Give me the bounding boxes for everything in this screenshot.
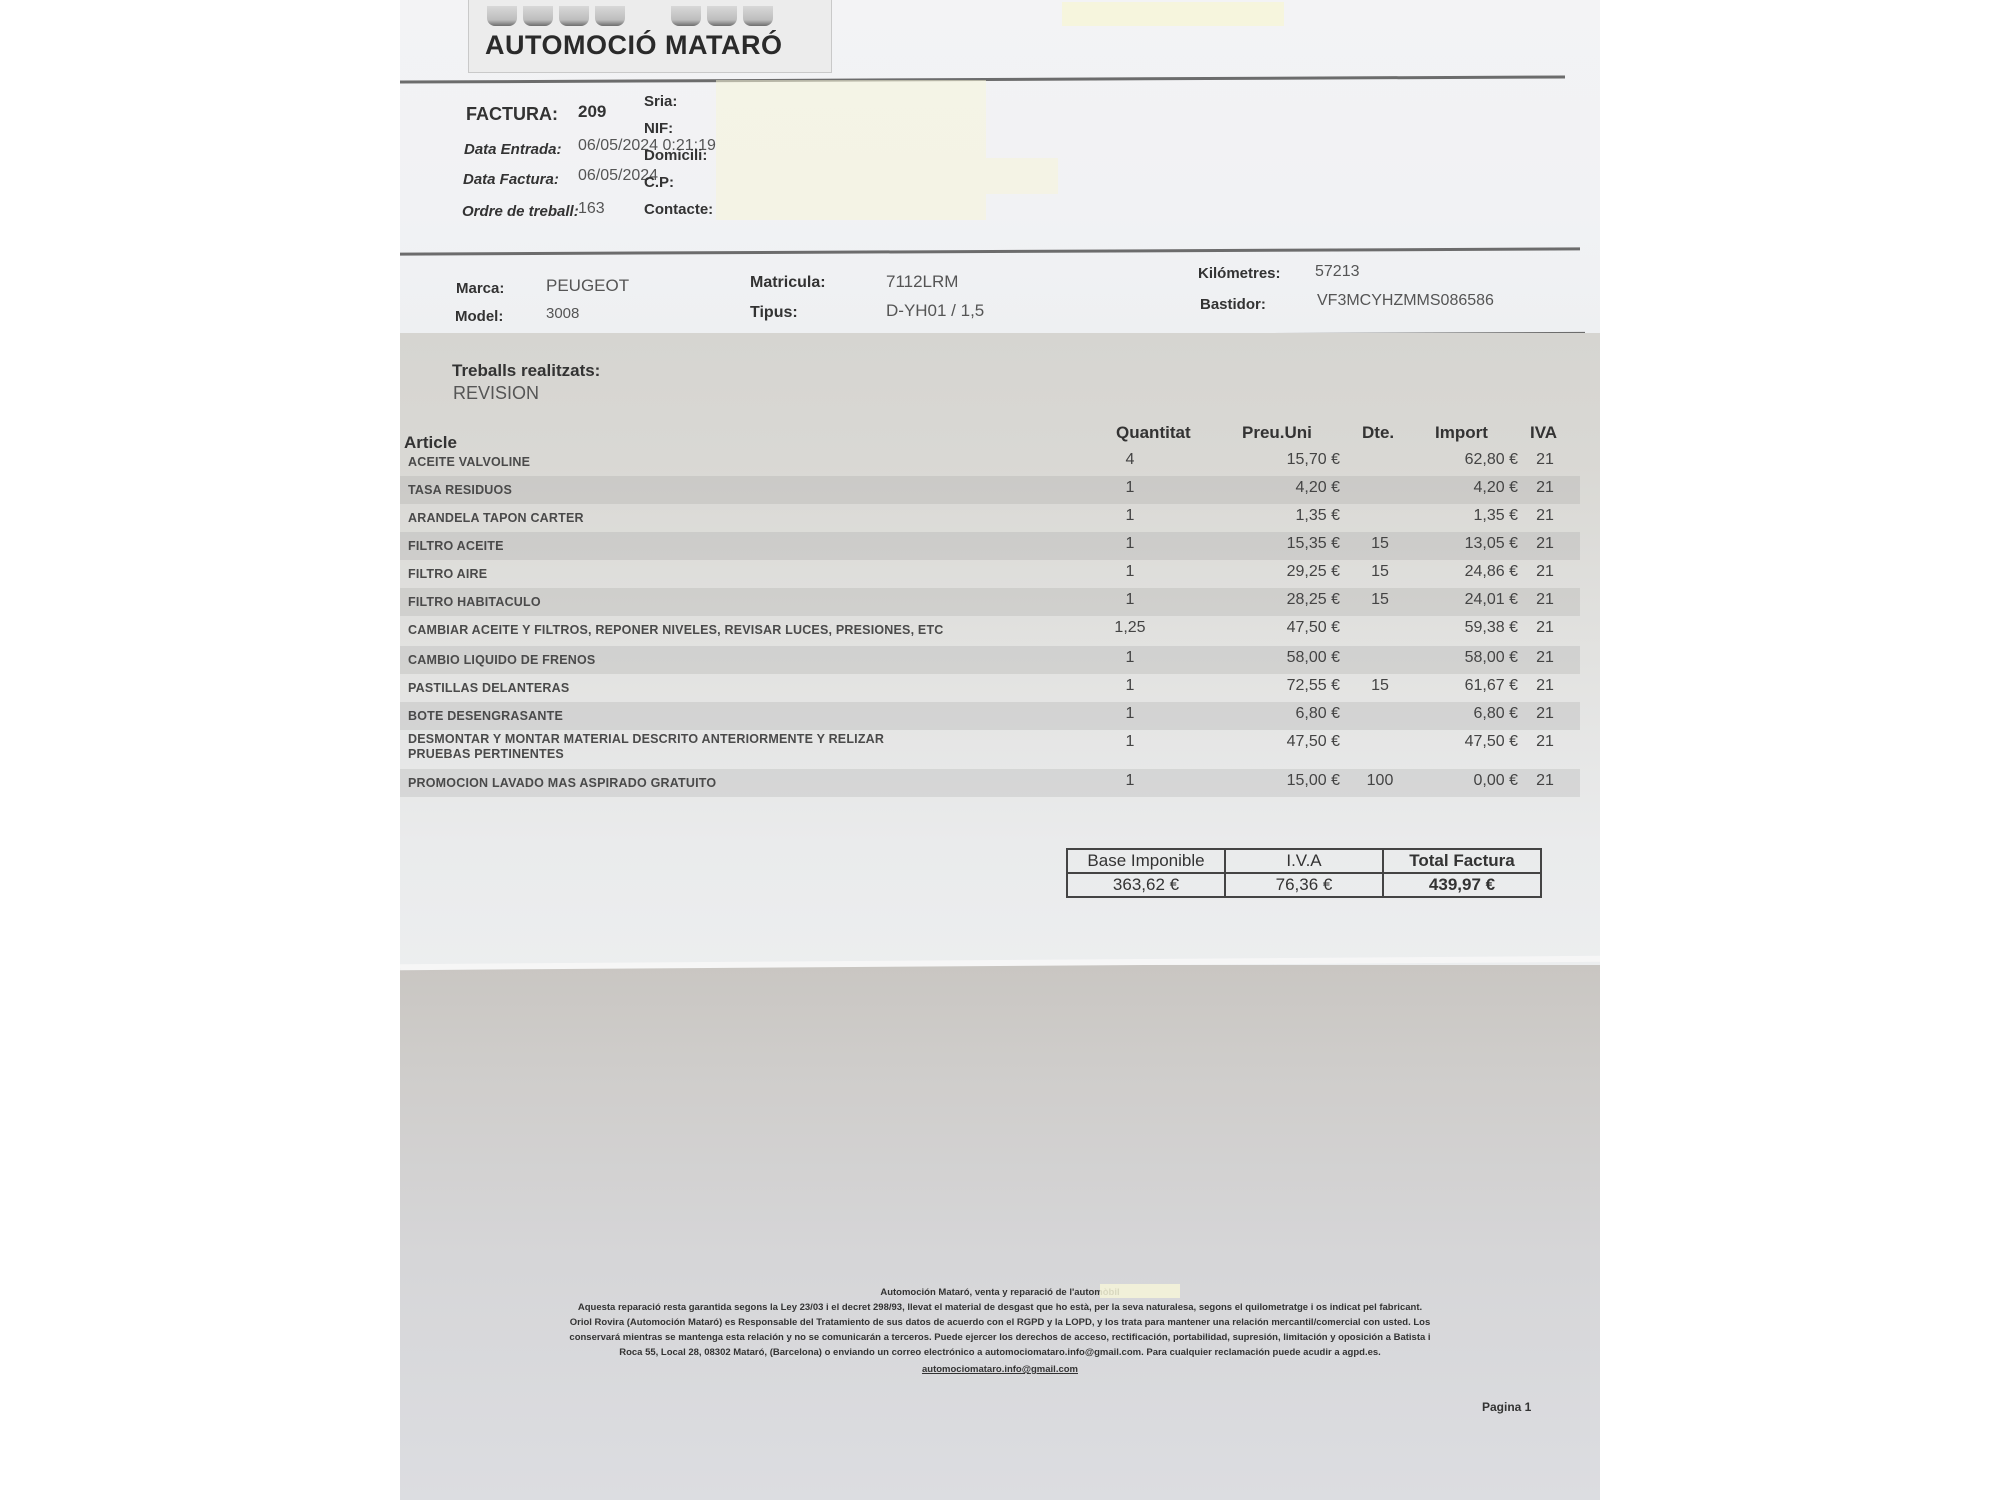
invoice-header: AUTOMOCIÓ MATARÓ FACTURA: 209 Data Entra… bbox=[400, 0, 1600, 345]
import-cell: 24,01 € bbox=[1410, 591, 1518, 609]
ordre-treball-label: Ordre de treball: bbox=[462, 203, 579, 220]
quantity-cell: 1 bbox=[1100, 507, 1160, 525]
quantity-cell: 1,25 bbox=[1100, 619, 1160, 637]
company-logo: AUTOMOCIÓ MATARÓ bbox=[468, 0, 832, 73]
article-cell: PASTILLAS DELANTERAS bbox=[408, 681, 569, 696]
footer-email-link[interactable]: automociomataro.info@gmail.com bbox=[400, 1362, 1600, 1377]
unit-price-cell: 6,80 € bbox=[1230, 705, 1340, 723]
quantity-cell: 1 bbox=[1100, 733, 1160, 751]
domicili-label: Domicili: bbox=[644, 147, 707, 164]
article-cell: DESMONTAR Y MONTAR MATERIAL DESCRITO ANT… bbox=[408, 732, 908, 762]
iva-label: I.V.A bbox=[1225, 849, 1383, 873]
col-iva: IVA bbox=[1530, 423, 1557, 443]
iva-cell: 21 bbox=[1525, 507, 1565, 525]
table-row: BOTE DESENGRASANTE16,80 €6,80 €21 bbox=[400, 702, 1580, 730]
discount-cell: 100 bbox=[1350, 772, 1410, 790]
iva-cell: 21 bbox=[1525, 535, 1565, 553]
iva-cell: 21 bbox=[1525, 619, 1565, 637]
table-row: PROMOCION LAVADO MAS ASPIRADO GRATUITO11… bbox=[400, 769, 1580, 797]
iva-cell: 21 bbox=[1525, 451, 1565, 469]
legal-line: conservará mientras se mantenga esta rel… bbox=[400, 1330, 1600, 1345]
paper-fold bbox=[400, 965, 1600, 1500]
quantity-cell: 4 bbox=[1100, 451, 1160, 469]
redacted-area bbox=[1100, 1284, 1180, 1298]
legal-footer: Automoción Mataró, venta y reparació de … bbox=[400, 1285, 1600, 1377]
article-cell: PROMOCION LAVADO MAS ASPIRADO GRATUITO bbox=[408, 776, 716, 791]
import-cell: 0,00 € bbox=[1410, 772, 1518, 790]
table-row: ACEITE VALVOLINE415,70 €62,80 €21 bbox=[400, 448, 1580, 476]
factura-number: 209 bbox=[578, 102, 606, 122]
logo-graphic bbox=[487, 6, 773, 26]
nif-label: NIF: bbox=[644, 120, 673, 137]
data-entrada-label: Data Entrada: bbox=[464, 141, 562, 158]
unit-price-cell: 58,00 € bbox=[1230, 649, 1340, 667]
works-description: REVISION bbox=[453, 383, 539, 404]
data-factura-label: Data Factura: bbox=[463, 171, 559, 188]
quantity-cell: 1 bbox=[1100, 705, 1160, 723]
cp-label: C.P: bbox=[644, 174, 674, 191]
article-cell: FILTRO HABITACULO bbox=[408, 595, 541, 610]
base-imponible-label: Base Imponible bbox=[1067, 849, 1225, 873]
divider bbox=[400, 247, 1580, 255]
iva-cell: 21 bbox=[1525, 733, 1565, 751]
unit-price-cell: 1,35 € bbox=[1230, 507, 1340, 525]
tipus-value: D-YH01 / 1,5 bbox=[886, 301, 984, 321]
import-cell: 24,86 € bbox=[1410, 563, 1518, 581]
article-cell: ACEITE VALVOLINE bbox=[408, 455, 530, 470]
total-factura-label: Total Factura bbox=[1383, 849, 1541, 873]
bastidor-label: Bastidor: bbox=[1200, 296, 1266, 313]
redacted-client-data bbox=[716, 80, 986, 220]
unit-price-cell: 15,35 € bbox=[1230, 535, 1340, 553]
unit-price-cell: 47,50 € bbox=[1230, 733, 1340, 751]
quantity-cell: 1 bbox=[1100, 535, 1160, 553]
table-row: ARANDELA TAPON CARTER11,35 €1,35 €21 bbox=[400, 504, 1580, 532]
contacte-label: Contacte: bbox=[644, 201, 713, 218]
redacted-area bbox=[1062, 2, 1284, 26]
legal-line: Oriol Rovira (Automoción Mataró) es Resp… bbox=[400, 1315, 1600, 1330]
unit-price-cell: 47,50 € bbox=[1230, 619, 1340, 637]
col-import: Import bbox=[1435, 423, 1488, 443]
factura-label: FACTURA: bbox=[466, 104, 558, 125]
ordre-treball-value: 163 bbox=[578, 200, 605, 218]
tipus-label: Tipus: bbox=[750, 304, 798, 322]
discount-cell: 15 bbox=[1350, 563, 1410, 581]
sria-label: Sria: bbox=[644, 93, 677, 110]
import-cell: 4,20 € bbox=[1410, 479, 1518, 497]
quantity-cell: 1 bbox=[1100, 591, 1160, 609]
article-cell: CAMBIO LIQUIDO DE FRENOS bbox=[408, 653, 595, 668]
page-number: Pagina 1 bbox=[1482, 1400, 1531, 1414]
import-cell: 47,50 € bbox=[1410, 733, 1518, 751]
iva-cell: 21 bbox=[1525, 772, 1565, 790]
article-cell: BOTE DESENGRASANTE bbox=[408, 709, 563, 724]
marca-label: Marca: bbox=[456, 280, 504, 297]
works-title: Treballs realitzats: bbox=[452, 361, 600, 381]
iva-value: 76,36 € bbox=[1225, 873, 1383, 897]
table-row: FILTRO AIRE129,25 €1524,86 €21 bbox=[400, 560, 1580, 588]
totals-table: Base Imponible I.V.A Total Factura 363,6… bbox=[1066, 848, 1542, 898]
table-row: FILTRO ACEITE115,35 €1513,05 €21 bbox=[400, 532, 1580, 560]
quantity-cell: 1 bbox=[1100, 772, 1160, 790]
unit-price-cell: 28,25 € bbox=[1230, 591, 1340, 609]
kilometres-label: Kilómetres: bbox=[1198, 265, 1281, 282]
invoice-document: AUTOMOCIÓ MATARÓ FACTURA: 209 Data Entra… bbox=[400, 0, 1600, 1500]
iva-cell: 21 bbox=[1525, 479, 1565, 497]
quantity-cell: 1 bbox=[1100, 677, 1160, 695]
iva-cell: 21 bbox=[1525, 677, 1565, 695]
quantity-cell: 1 bbox=[1100, 649, 1160, 667]
company-name: AUTOMOCIÓ MATARÓ bbox=[485, 30, 782, 61]
table-row: PASTILLAS DELANTERAS172,55 €1561,67 €21 bbox=[400, 674, 1580, 702]
table-row: DESMONTAR Y MONTAR MATERIAL DESCRITO ANT… bbox=[400, 730, 1580, 768]
model-value: 3008 bbox=[546, 305, 579, 322]
import-cell: 6,80 € bbox=[1410, 705, 1518, 723]
table-row: CAMBIAR ACEITE Y FILTROS, REPONER NIVELE… bbox=[400, 616, 1580, 646]
unit-price-cell: 15,00 € bbox=[1230, 772, 1340, 790]
iva-cell: 21 bbox=[1525, 563, 1565, 581]
import-cell: 58,00 € bbox=[1410, 649, 1518, 667]
iva-cell: 21 bbox=[1525, 649, 1565, 667]
matricula-label: Matricula: bbox=[750, 274, 826, 292]
matricula-value: 7112LRM bbox=[886, 272, 958, 292]
unit-price-cell: 15,70 € bbox=[1230, 451, 1340, 469]
article-cell: FILTRO AIRE bbox=[408, 567, 487, 582]
import-cell: 1,35 € bbox=[1410, 507, 1518, 525]
legal-line: Aquesta reparació resta garantida segons… bbox=[400, 1300, 1600, 1315]
col-dte: Dte. bbox=[1362, 423, 1394, 443]
legal-line: Roca 55, Local 28, 08302 Mataró, (Barcel… bbox=[400, 1345, 1600, 1360]
discount-cell: 15 bbox=[1350, 535, 1410, 553]
redacted-client-data bbox=[986, 158, 1058, 194]
article-cell: ARANDELA TAPON CARTER bbox=[408, 511, 584, 526]
iva-cell: 21 bbox=[1525, 705, 1565, 723]
unit-price-cell: 72,55 € bbox=[1230, 677, 1340, 695]
iva-cell: 21 bbox=[1525, 591, 1565, 609]
discount-cell: 15 bbox=[1350, 677, 1410, 695]
base-imponible-value: 363,62 € bbox=[1067, 873, 1225, 897]
article-cell: TASA RESIDUOS bbox=[408, 483, 512, 498]
import-cell: 62,80 € bbox=[1410, 451, 1518, 469]
footer-legal-text: Aquesta reparació resta garantida segons… bbox=[400, 1300, 1600, 1360]
quantity-cell: 1 bbox=[1100, 563, 1160, 581]
model-label: Model: bbox=[455, 308, 503, 325]
table-row: TASA RESIDUOS14,20 €4,20 €21 bbox=[400, 476, 1580, 504]
table-row: CAMBIO LIQUIDO DE FRENOS158,00 €58,00 €2… bbox=[400, 646, 1580, 674]
total-factura-value: 439,97 € bbox=[1383, 873, 1541, 897]
unit-price-cell: 4,20 € bbox=[1230, 479, 1340, 497]
table-row: FILTRO HABITACULO128,25 €1524,01 €21 bbox=[400, 588, 1580, 616]
unit-price-cell: 29,25 € bbox=[1230, 563, 1340, 581]
works-section: Treballs realitzats: REVISION Article Qu… bbox=[400, 333, 1600, 973]
kilometres-value: 57213 bbox=[1315, 263, 1360, 281]
import-cell: 13,05 € bbox=[1410, 535, 1518, 553]
bastidor-value: VF3MCYHZMMS086586 bbox=[1317, 292, 1494, 310]
import-cell: 61,67 € bbox=[1410, 677, 1518, 695]
discount-cell: 15 bbox=[1350, 591, 1410, 609]
col-preu-uni: Preu.Uni bbox=[1242, 423, 1312, 443]
marca-value: PEUGEOT bbox=[546, 276, 629, 296]
footer-heading: Automoción Mataró, venta y reparació de … bbox=[400, 1285, 1600, 1300]
col-quantitat: Quantitat bbox=[1116, 423, 1191, 443]
article-cell: CAMBIAR ACEITE Y FILTROS, REPONER NIVELE… bbox=[408, 623, 944, 638]
article-cell: FILTRO ACEITE bbox=[408, 539, 504, 554]
import-cell: 59,38 € bbox=[1410, 619, 1518, 637]
quantity-cell: 1 bbox=[1100, 479, 1160, 497]
